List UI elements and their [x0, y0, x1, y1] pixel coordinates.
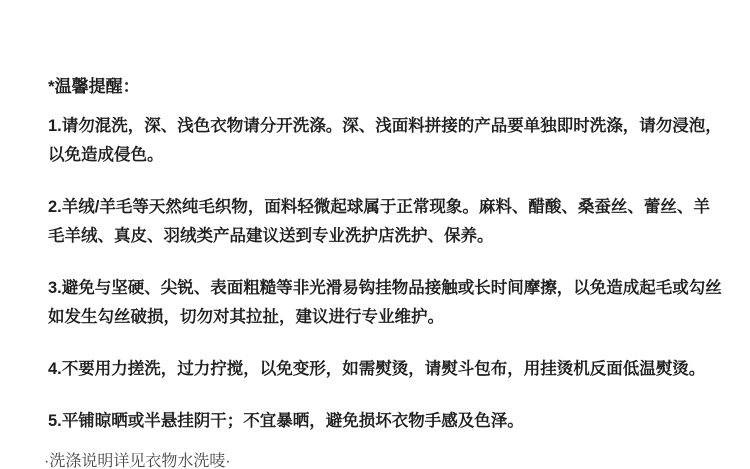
notice-item-2: 2.羊绒/羊毛等天然纯毛织物，面料轻微起球属于正常现象。麻料、醋酸、桑蚕丝、蕾丝…	[48, 193, 738, 251]
care-instructions-content: *温馨提醒： 1.请勿混洗，深、浅色衣物请分开洗涤。深、浅面料拼接的产品要单独即…	[48, 72, 738, 469]
notice-item-1: 1.请勿混洗，深、浅色衣物请分开洗涤。深、浅面料拼接的产品要单独即时洗涤，请勿浸…	[48, 112, 738, 170]
care-instructions-page: *温馨提醒： 1.请勿混洗，深、浅色衣物请分开洗涤。深、浅面料拼接的产品要单独即…	[0, 0, 750, 469]
warm-reminder-title: *温馨提醒：	[48, 72, 738, 101]
notice-item-3: 3.避免与坚硬、尖锐、表面粗糙等非光滑易钩挂物品接触或长时间摩擦，以免造成起毛或…	[48, 274, 738, 332]
care-label-note: ·洗涤说明详见衣物水洗唛·	[44, 447, 738, 469]
notice-item-4: 4.不要用力搓洗，过力拧搅，以免变形，如需熨烫，请熨斗包布，用挂烫机反面低温熨烫…	[48, 355, 738, 384]
notice-item-5: 5.平铺晾晒或半悬挂阴干；不宜暴晒，避免损坏衣物手感及色泽。	[48, 407, 738, 436]
